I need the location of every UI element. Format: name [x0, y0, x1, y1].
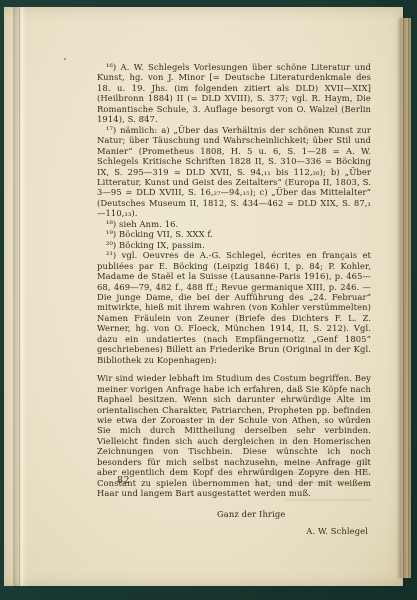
footnote-21: ²¹) vgl. Oeuvres de A.-G. Schlegel, écri…: [97, 250, 371, 365]
footnote-19: ¹⁹) Böcking VII, S. XXX f.: [97, 229, 371, 239]
footnote-20: ²⁰) Böcking IX, passim.: [97, 240, 371, 250]
footnote-18: ¹⁸) sieh Anm. 16.: [97, 219, 371, 229]
footnotes-block: ¹⁶) A. W. Schlegels Vorlesungen über sch…: [97, 62, 371, 536]
book-page: ¹⁶) A. W. Schlegels Vorlesungen über sch…: [4, 7, 403, 586]
page-gutter-line: [19, 7, 20, 586]
book-fore-edge: [401, 18, 411, 578]
letter-closing: Ganz der Ihrige: [97, 509, 371, 519]
page-gutter-shadow: [13, 7, 27, 586]
page-number: 82: [117, 475, 130, 486]
footnote-17: ¹⁷) nämlich: a) „Über das Verhältnis der…: [97, 125, 371, 219]
letter-signature: A. W. Schlegel: [97, 526, 371, 536]
footnote-16: ¹⁶) A. W. Schlegels Vorlesungen über sch…: [97, 62, 371, 125]
paper-speck: [64, 58, 66, 60]
letter-quote-body: Wir sind wieder lebhaft im Studium des C…: [97, 373, 371, 498]
book-scan: ¹⁶) A. W. Schlegels Vorlesungen über sch…: [0, 0, 417, 600]
